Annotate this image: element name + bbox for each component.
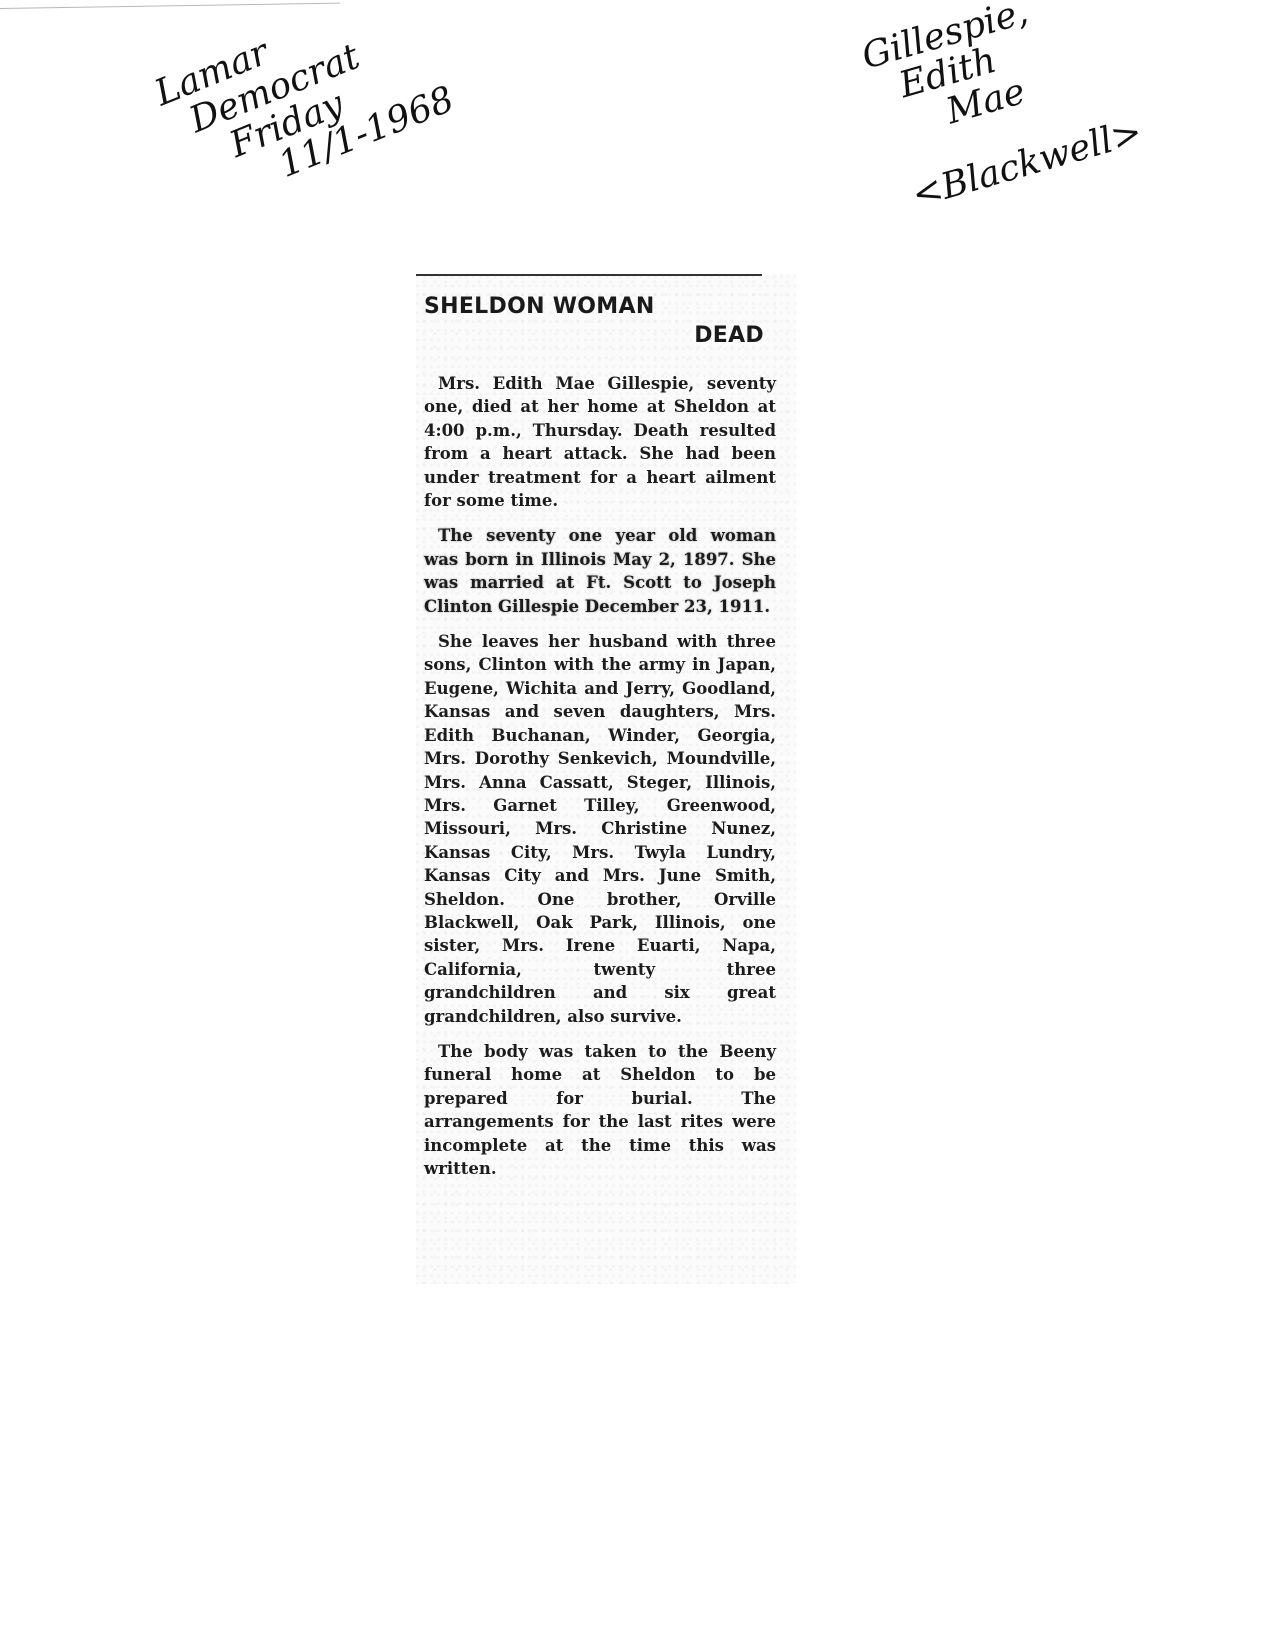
scan-edge-line [0, 3, 340, 9]
headline-line2: DEAD [424, 323, 764, 348]
handwritten-name-note: Gillespie, Edith Mae <Blackwell> [858, 0, 1146, 218]
column-rule [416, 274, 762, 276]
newspaper-clipping: SHELDON WOMAN DEAD Mrs. Edith Mae Gilles… [416, 274, 796, 1284]
paragraph-death-notice: Mrs. Edith Mae Gillespie, seventy one, d… [424, 372, 776, 512]
paragraph-survivors: She leaves her husband with three sons, … [424, 630, 776, 1028]
obituary-body: Mrs. Edith Mae Gillespie, seventy one, d… [424, 372, 776, 1192]
headline-line1: SHELDON WOMAN [424, 294, 764, 319]
handwritten-source-note: Lamar Democrat Friday 11/1-1968 [150, 0, 459, 218]
paragraph-birth-marriage: The seventy one year old woman was born … [424, 524, 776, 618]
headline: SHELDON WOMAN DEAD [424, 294, 764, 348]
paragraph-arrangements: The body was taken to the Beeny funeral … [424, 1040, 776, 1180]
maiden-name: <Blackwell> [908, 114, 1146, 216]
